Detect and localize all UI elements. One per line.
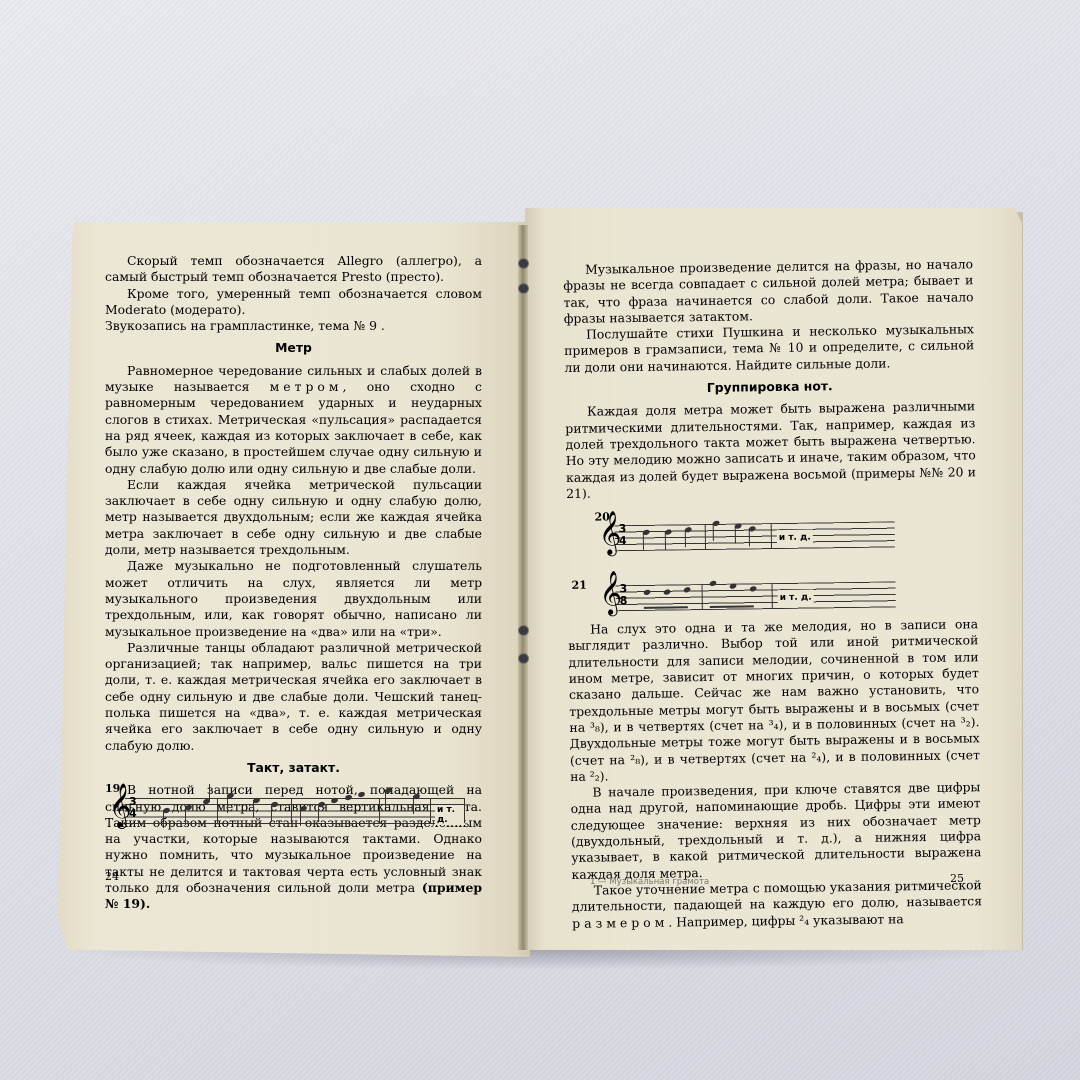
paragraph: Различные танцы обладают различной метри… <box>105 640 482 754</box>
paragraph: Музыкальное произведение делится на фраз… <box>563 256 974 327</box>
time-signature: 34 <box>619 523 627 547</box>
etc-label: и т. д. <box>435 805 465 825</box>
binding-stitch <box>519 654 528 663</box>
recording-note: Звукозапись на грампластинке, тема № 9 . <box>105 318 482 334</box>
term-metrom: метром <box>270 379 343 394</box>
section-heading-grouping: Группировка нот. <box>565 376 975 398</box>
paragraph: Равномерное чередование сильных и слабых… <box>105 363 482 477</box>
paragraph: Каждая доля метра может быть выражена ра… <box>565 399 976 502</box>
music-example-21: 21 𝄞 38 и т. д. <box>595 576 896 620</box>
music-example-19: 19 𝄞 34 и т. д. <box>105 792 465 832</box>
time-signature: 38 <box>619 583 627 607</box>
section-heading-takt: Такт, затакт. <box>105 760 482 776</box>
binding-stitch <box>519 259 528 268</box>
paragraph: На слух это одна и та же мелодия, но в з… <box>568 616 980 785</box>
binding-stitch <box>519 626 528 635</box>
page-number-left: 24 <box>105 870 119 883</box>
term-razmerom: размером <box>572 914 668 930</box>
examples-area: 20 𝄞 34 и т. д. 21 𝄞 38 и т. д. <box>566 496 978 622</box>
time-signature: 34 <box>129 796 137 820</box>
etc-label: и т. д. <box>777 530 813 547</box>
etc-label: и т. д. <box>778 590 814 607</box>
paragraph: Если каждая ячейка метрической пульсации… <box>105 477 482 558</box>
right-page-text: Музыкальное произведение делится на фраз… <box>563 256 982 931</box>
paragraph: Кроме того, умеренный темп обозначается … <box>105 286 482 319</box>
paragraph: Послушайте стихи Пушкина и несколько муз… <box>564 321 975 376</box>
paragraph: Даже музыкально не подготовленный слушат… <box>105 558 482 639</box>
section-heading-metr: Метр <box>105 340 482 356</box>
paragraph: Скорый темп обозначается Allegro (аллегр… <box>105 253 482 286</box>
staff-lines <box>125 798 465 824</box>
paragraph: В начале произведения, при ключе ставятс… <box>570 779 981 882</box>
signature-line: 1 — Музыкальная грамота <box>590 877 709 887</box>
book-spine <box>518 225 528 950</box>
binding-stitch <box>519 284 528 293</box>
music-example-20: 20 𝄞 34 и т. д. <box>595 516 896 560</box>
page-number-right: 25 <box>950 872 964 885</box>
